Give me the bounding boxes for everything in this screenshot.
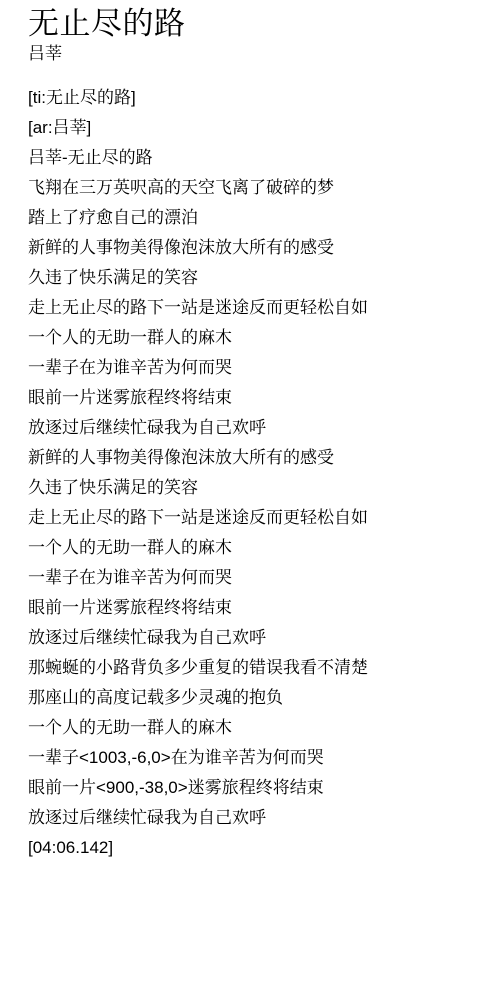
- lyric-line-with-timing-artifact: 眼前一片<900,-38,0>迷雾旅程终将结束: [28, 773, 480, 803]
- lyric-line: 吕莘-无止尽的路: [28, 143, 480, 173]
- lyric-line-end-timestamp: [04:06.142]: [28, 833, 480, 863]
- lyric-line: 那座山的高度记载多少灵魂的抱负: [28, 683, 480, 713]
- lyric-line-meta-artist: [ar:吕莘]: [28, 113, 480, 143]
- lyric-line: 眼前一片迷雾旅程终将结束: [28, 593, 480, 623]
- lyric-line: 一个人的无助一群人的麻木: [28, 533, 480, 563]
- lyric-line: 一个人的无助一群人的麻木: [28, 323, 480, 353]
- lyric-line-with-timing-artifact: 一辈子<1003,-6,0>在为谁辛苦为何而哭: [28, 743, 480, 773]
- artist-name: 吕莘: [28, 43, 480, 65]
- lyric-line: 久违了快乐满足的笑容: [28, 473, 480, 503]
- lyric-line-meta-title: [ti:无止尽的路]: [28, 83, 480, 113]
- lyric-line: 走上无止尽的路下一站是迷途反而更轻松自如: [28, 503, 480, 533]
- lyric-line: 踏上了疗愈自己的漂泊: [28, 203, 480, 233]
- lyric-line: 飞翔在三万英呎高的天空飞离了破碎的梦: [28, 173, 480, 203]
- lyric-line: 一辈子在为谁辛苦为何而哭: [28, 353, 480, 383]
- lyric-line: 一辈子在为谁辛苦为何而哭: [28, 563, 480, 593]
- page-content: 无止尽的路 吕莘 [ti:无止尽的路] [ar:吕莘] 吕莘-无止尽的路 飞翔在…: [0, 0, 500, 863]
- lyric-line: 放逐过后继续忙碌我为自己欢呼: [28, 623, 480, 653]
- song-title: 无止尽的路: [28, 4, 480, 43]
- lyric-line: 一个人的无助一群人的麻木: [28, 713, 480, 743]
- lyric-line: 眼前一片迷雾旅程终将结束: [28, 383, 480, 413]
- lyric-line: 放逐过后继续忙碌我为自己欢呼: [28, 803, 480, 833]
- lyric-line: 放逐过后继续忙碌我为自己欢呼: [28, 413, 480, 443]
- lyric-line: 久违了快乐满足的笑容: [28, 263, 480, 293]
- lyric-line: 走上无止尽的路下一站是迷途反而更轻松自如: [28, 293, 480, 323]
- lyric-line: 新鲜的人事物美得像泡沫放大所有的感受: [28, 443, 480, 473]
- lyrics-block: [ti:无止尽的路] [ar:吕莘] 吕莘-无止尽的路 飞翔在三万英呎高的天空飞…: [28, 83, 480, 863]
- lyric-line: 那蜿蜒的小路背负多少重复的错误我看不清楚: [28, 653, 480, 683]
- lyrics-page: 无止尽的路 吕莘 [ti:无止尽的路] [ar:吕莘] 吕莘-无止尽的路 飞翔在…: [0, 0, 500, 1000]
- lyric-line: 新鲜的人事物美得像泡沫放大所有的感受: [28, 233, 480, 263]
